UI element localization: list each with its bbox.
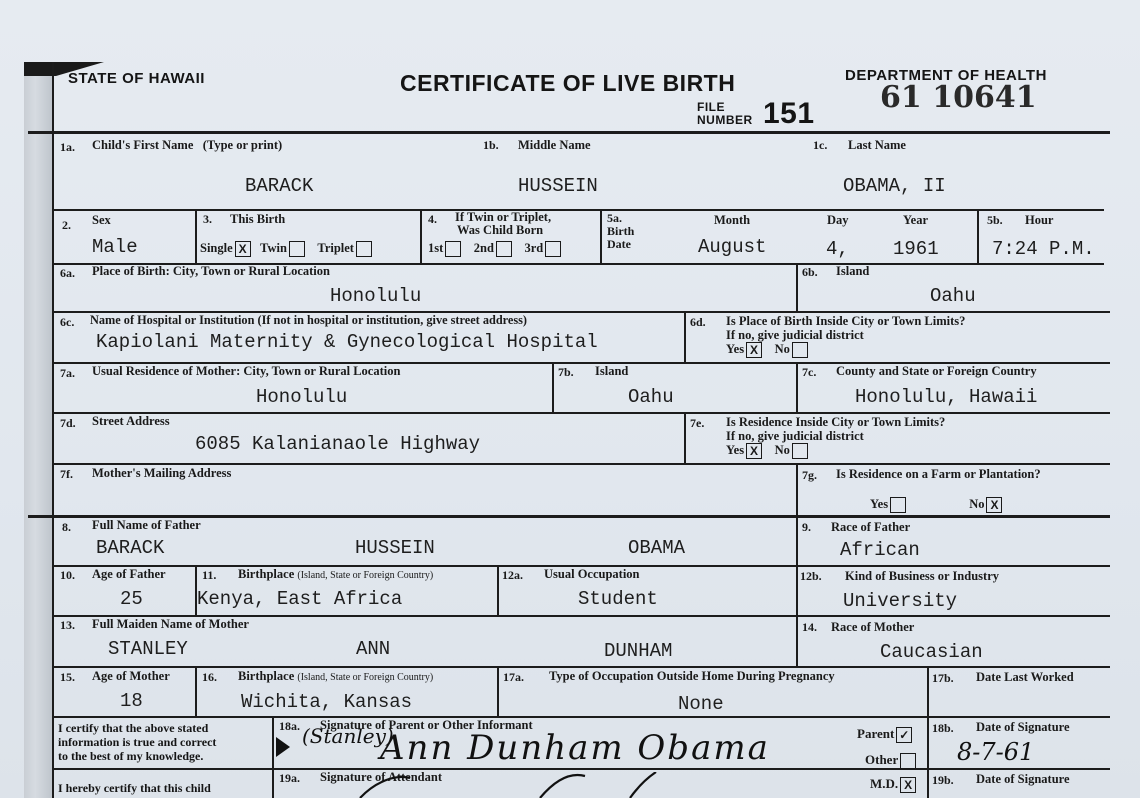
place-of-birth: Honolulu bbox=[330, 285, 421, 307]
div-7g bbox=[796, 463, 798, 515]
rule-row7f bbox=[52, 463, 1110, 465]
mother-birthplace-hint: (Island, State or Foreign Country) bbox=[297, 672, 433, 683]
residence-limits-yes-checkbox[interactable]: X bbox=[746, 443, 762, 459]
field-6c-num: 6c. bbox=[60, 315, 74, 330]
month-label: Month bbox=[714, 213, 750, 228]
file-number-label: FILE NUMBER bbox=[697, 101, 753, 127]
field-18a-num: 18a. bbox=[279, 719, 300, 734]
farm-yes-checkbox[interactable] bbox=[890, 497, 906, 513]
first-born-checkbox[interactable] bbox=[445, 241, 461, 257]
field-12b-num: 12b. bbox=[800, 569, 822, 584]
third-born-label: 3rd bbox=[524, 241, 543, 255]
twin-order-label: If Twin or Triplet, Was Child Born bbox=[455, 211, 551, 237]
field-19a-num: 19a. bbox=[279, 771, 300, 786]
other-label: Other bbox=[865, 752, 898, 767]
birth-limits-yes-label: Yes bbox=[726, 342, 744, 356]
place-of-birth-label: Place of Birth: City, Town or Rural Loca… bbox=[92, 264, 330, 279]
street-address-label: Street Address bbox=[92, 414, 170, 429]
farm-no-checkbox[interactable]: X bbox=[986, 497, 1002, 513]
mother-island: Oahu bbox=[628, 386, 674, 408]
certificate-page: STATE OF HAWAII CERTIFICATE OF LIVE BIRT… bbox=[0, 0, 1140, 798]
father-age-label: Age of Father bbox=[92, 567, 166, 582]
field-7c-num: 7c. bbox=[802, 365, 816, 380]
div-date bbox=[977, 209, 979, 263]
mailing-address-label: Mother's Mailing Address bbox=[92, 466, 231, 481]
first-name-hint: (Type or print) bbox=[203, 138, 282, 152]
father-age: 25 bbox=[120, 588, 143, 610]
birth-limits-yes-checkbox[interactable]: X bbox=[746, 342, 762, 358]
field-14-num: 14. bbox=[802, 620, 817, 635]
field-4-num: 4. bbox=[428, 212, 437, 227]
father-race: African bbox=[840, 539, 920, 561]
street-address: 6085 Kalanianaole Highway bbox=[195, 433, 480, 455]
father-last-name: OBAMA bbox=[628, 537, 685, 559]
div-7e bbox=[684, 412, 686, 463]
mother-age-label: Age of Mother bbox=[92, 669, 170, 684]
binding-strip bbox=[24, 62, 52, 798]
mother-county-label: County and State or Foreign Country bbox=[836, 364, 1037, 379]
this-birth-label: This Birth bbox=[230, 212, 285, 227]
div-16 bbox=[195, 666, 197, 716]
div-18a-19a bbox=[272, 716, 274, 798]
div-9-12b-14 bbox=[796, 515, 798, 666]
rule-row2 bbox=[52, 209, 1104, 211]
attendant-signature[interactable] bbox=[300, 772, 720, 798]
child-last-name: OBAMA, II bbox=[843, 175, 946, 197]
triplet-label: Triplet bbox=[317, 241, 354, 255]
field-11-num: 11. bbox=[202, 568, 216, 583]
field-16-num: 16. bbox=[202, 670, 217, 685]
parent-option: Parent✓ bbox=[857, 726, 912, 743]
residence-limits-yes-label: Yes bbox=[726, 443, 744, 457]
mother-residence-city: Honolulu bbox=[256, 386, 347, 408]
first-name-label-text: Child's First Name bbox=[92, 138, 193, 152]
sex-value: Male bbox=[92, 236, 138, 258]
certificate-title: CERTIFICATE OF LIVE BIRTH bbox=[400, 70, 735, 97]
field-17b-num: 17b. bbox=[932, 671, 954, 686]
field-6b-num: 6b. bbox=[802, 265, 818, 280]
last-name-label: Last Name bbox=[848, 138, 906, 153]
field-13-num: 13. bbox=[60, 618, 75, 633]
div-7b bbox=[552, 362, 554, 412]
field-3-num: 3. bbox=[203, 212, 212, 227]
twin-label: Twin bbox=[260, 241, 287, 255]
inside-limits-birth-hint: If no, give judicial district bbox=[726, 328, 965, 342]
rule-row19 bbox=[52, 768, 1110, 770]
parent-checkbox[interactable]: ✓ bbox=[896, 727, 912, 743]
last-worked-label: Date Last Worked bbox=[976, 670, 1074, 685]
field-7b-num: 7b. bbox=[558, 365, 574, 380]
field-15-num: 15. bbox=[60, 670, 75, 685]
father-occupation: Student bbox=[578, 588, 658, 610]
state-label: STATE OF HAWAII bbox=[68, 70, 205, 87]
attendant-date-label: Date of Signature bbox=[976, 772, 1070, 787]
rule-row7d bbox=[52, 412, 1110, 414]
other-option: Other bbox=[865, 752, 916, 769]
informant-certify-text: I certify that the above stated informat… bbox=[58, 721, 216, 763]
field-9-num: 9. bbox=[802, 520, 811, 535]
twin-order-options: 1st 2nd 3rd bbox=[428, 241, 561, 257]
field-2-num: 2. bbox=[62, 218, 71, 233]
sex-label: Sex bbox=[92, 213, 111, 228]
md-option: M.D.X bbox=[870, 776, 916, 793]
birth-year: 1961 bbox=[893, 238, 939, 260]
rule-row15 bbox=[52, 666, 1110, 668]
hospital-label: Name of Hospital or Institution (If not … bbox=[90, 313, 527, 328]
parent-label: Parent bbox=[857, 726, 894, 741]
hospital-name: Kapiolani Maternity & Gynecological Hosp… bbox=[96, 331, 598, 353]
hour-label: Hour bbox=[1025, 213, 1053, 228]
mother-name-label: Full Maiden Name of Mother bbox=[92, 617, 249, 632]
md-checkbox[interactable]: X bbox=[900, 777, 916, 793]
informant-certify-line-2: information is true and correct bbox=[58, 735, 216, 749]
first-name-label: Child's First Name (Type or print) bbox=[92, 138, 282, 153]
mother-county: Honolulu, Hawaii bbox=[855, 386, 1037, 408]
div-7c bbox=[796, 362, 798, 412]
child-middle-name: HUSSEIN bbox=[518, 175, 598, 197]
mother-birthplace-label: Birthplace (Island, State or Foreign Cou… bbox=[238, 669, 433, 684]
rule-top bbox=[28, 131, 1110, 134]
sign-here-arrow-icon bbox=[276, 737, 290, 757]
birth-limits-no-checkbox[interactable] bbox=[792, 342, 808, 358]
inside-limits-birth-q: Is Place of Birth Inside City or Town Li… bbox=[726, 314, 965, 328]
field-8-num: 8. bbox=[62, 520, 71, 535]
father-first-name: BARACK bbox=[96, 537, 164, 559]
informant-signature[interactable]: Ann Dunham Obama bbox=[380, 728, 770, 768]
frame-left bbox=[52, 62, 54, 798]
year-label: Year bbox=[903, 213, 928, 228]
inside-limits-residence-hint: If no, give judicial district bbox=[726, 429, 945, 443]
field-6a-num: 6a. bbox=[60, 266, 75, 281]
field-12a-num: 12a. bbox=[502, 568, 523, 583]
twin-checkbox[interactable] bbox=[289, 241, 305, 257]
farm-options: Yes NoX bbox=[870, 497, 1002, 513]
father-birthplace-label: Birthplace (Island, State or Foreign Cou… bbox=[238, 567, 433, 582]
field-7e-num: 7e. bbox=[690, 416, 704, 431]
div-12a bbox=[497, 565, 499, 615]
field-1b-num: 1b. bbox=[483, 138, 499, 153]
single-checkbox[interactable]: X bbox=[235, 241, 251, 257]
father-name-label: Full Name of Father bbox=[92, 518, 201, 533]
second-born-checkbox[interactable] bbox=[496, 241, 512, 257]
mother-occupation: None bbox=[678, 693, 724, 715]
inside-limits-residence-q: Is Residence Inside City or Town Limits? bbox=[726, 415, 945, 429]
father-birthplace-label-text: Birthplace bbox=[238, 567, 294, 581]
field-7f-num: 7f. bbox=[60, 467, 73, 482]
field-7a-num: 7a. bbox=[60, 366, 75, 381]
number-label: NUMBER bbox=[697, 114, 753, 127]
certificate-number: 61 10641 bbox=[880, 80, 1037, 115]
div-sex bbox=[195, 209, 197, 263]
single-label: Single bbox=[200, 241, 233, 255]
birth-island: Oahu bbox=[930, 285, 976, 307]
field-7d-num: 7d. bbox=[60, 416, 76, 431]
birth-month: August bbox=[698, 236, 766, 258]
mother-residence-label: Usual Residence of Mother: City, Town or… bbox=[92, 364, 400, 379]
twin-order-label-2: Was Child Born bbox=[455, 224, 551, 237]
farm-yes-label: Yes bbox=[870, 497, 888, 511]
div-6d bbox=[684, 311, 686, 362]
triplet-checkbox[interactable] bbox=[356, 241, 372, 257]
middle-name-label: Middle Name bbox=[518, 138, 591, 153]
mother-middle-name: ANN bbox=[356, 638, 390, 660]
father-birthplace: Kenya, East Africa bbox=[197, 588, 402, 610]
mother-birthplace: Wichita, Kansas bbox=[241, 691, 412, 713]
attendant-certify-text: I hereby certify that this child bbox=[58, 781, 211, 795]
father-occupation-label: Usual Occupation bbox=[544, 567, 640, 582]
informant-certify-line-3: to the best of my knowledge. bbox=[58, 749, 216, 763]
father-birthplace-hint: (Island, State or Foreign Country) bbox=[297, 570, 433, 581]
child-first-name: BARACK bbox=[245, 175, 313, 197]
father-industry: University bbox=[843, 590, 957, 612]
field-1a-num: 1a. bbox=[60, 140, 75, 155]
third-born-checkbox[interactable] bbox=[545, 241, 561, 257]
this-birth-options: SingleX Twin Triplet bbox=[200, 241, 372, 257]
mother-first-name: STANLEY bbox=[108, 638, 188, 660]
div-twin bbox=[600, 209, 602, 263]
field-6d-num: 6d. bbox=[690, 315, 706, 330]
farm-label: Is Residence on a Farm or Plantation? bbox=[836, 467, 1041, 482]
mother-birthplace-label-text: Birthplace bbox=[238, 669, 294, 683]
div-6b bbox=[796, 263, 798, 311]
field-18b-num: 18b. bbox=[932, 721, 954, 736]
field-17a-num: 17a. bbox=[503, 670, 524, 685]
rule-row18 bbox=[52, 716, 1110, 718]
field-19b-num: 19b. bbox=[932, 773, 954, 788]
informant-date: 8-7-61 bbox=[957, 738, 1034, 766]
birth-island-label: Island bbox=[836, 264, 869, 279]
div-birth bbox=[420, 209, 422, 263]
residence-limits-no-label: No bbox=[775, 443, 790, 457]
birth-limits-no-label: No bbox=[775, 342, 790, 356]
birth-date-label-2: Date bbox=[607, 238, 634, 251]
field-5b-num: 5b. bbox=[987, 213, 1003, 228]
mother-island-label: Island bbox=[595, 364, 628, 379]
father-middle-name: HUSSEIN bbox=[355, 537, 435, 559]
mother-age: 18 bbox=[120, 690, 143, 712]
other-checkbox[interactable] bbox=[900, 753, 916, 769]
mother-race: Caucasian bbox=[880, 641, 983, 663]
field-10-num: 10. bbox=[60, 568, 75, 583]
mother-race-label: Race of Mother bbox=[831, 620, 914, 635]
informant-date-label: Date of Signature bbox=[976, 720, 1070, 735]
residence-limits-no-checkbox[interactable] bbox=[792, 443, 808, 459]
div-17b-18b-19b bbox=[927, 666, 929, 798]
farm-no-label: No bbox=[969, 497, 984, 511]
birth-day: 4, bbox=[826, 238, 849, 260]
father-industry-label: Kind of Business or Industry bbox=[845, 569, 999, 584]
mother-last-name: DUNHAM bbox=[604, 640, 672, 662]
birth-date-label: 5a. Birth Date bbox=[607, 212, 634, 251]
inside-limits-residence-label: Is Residence Inside City or Town Limits?… bbox=[726, 415, 945, 459]
father-race-label: Race of Father bbox=[831, 520, 910, 535]
day-label: Day bbox=[827, 213, 849, 228]
birth-hour: 7:24 P.M. bbox=[992, 238, 1095, 260]
second-born-label: 2nd bbox=[474, 241, 494, 255]
field-1c-num: 1c. bbox=[813, 138, 827, 153]
file-number: 151 bbox=[763, 97, 815, 131]
field-7g-num: 7g. bbox=[802, 468, 817, 483]
md-label: M.D. bbox=[870, 776, 898, 791]
first-born-label: 1st bbox=[428, 241, 443, 255]
informant-certify-line-1: I certify that the above stated bbox=[58, 721, 216, 735]
mother-occupation-label: Type of Occupation Outside Home During P… bbox=[549, 669, 835, 684]
div-17a bbox=[497, 666, 499, 716]
inside-limits-birth-label: Is Place of Birth Inside City or Town Li… bbox=[726, 314, 965, 358]
